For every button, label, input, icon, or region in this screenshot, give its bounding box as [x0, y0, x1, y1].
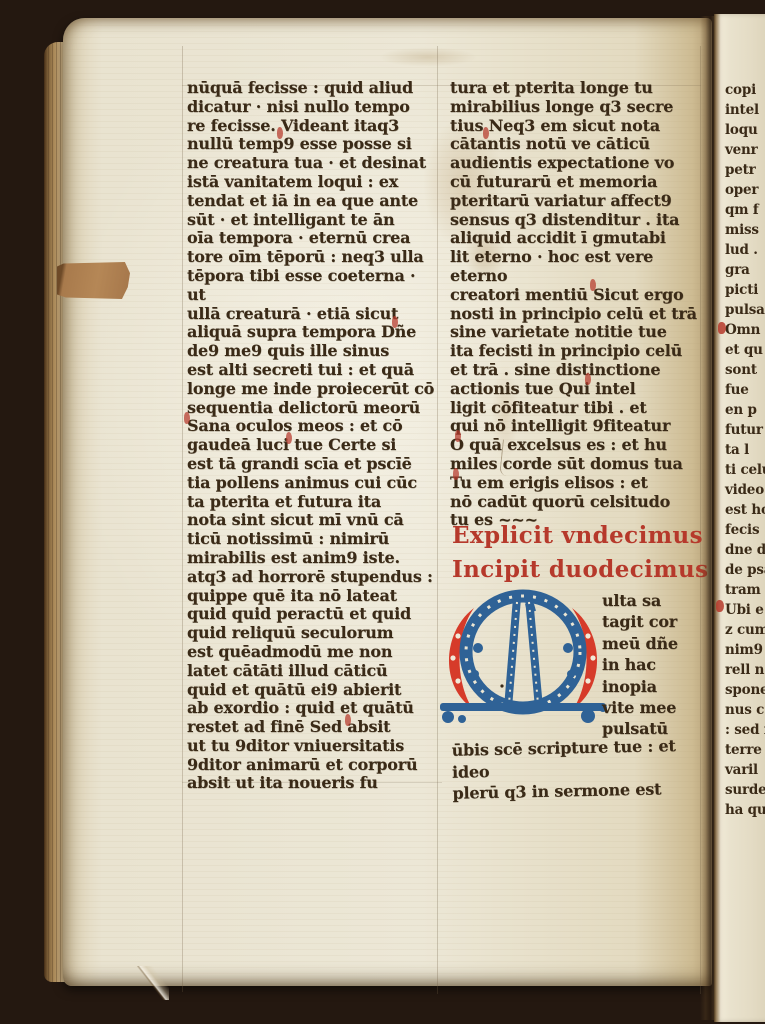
- parchment-stain: [363, 44, 493, 70]
- manuscript-photograph: nūquā fecisse : quid aliud dicatur · nis…: [0, 0, 765, 1024]
- chapter-opening-below-text: ūbis scē scripture tue : et ideo plerū q…: [451, 734, 718, 804]
- ruling-line-center: [437, 46, 438, 994]
- initial-M-artwork: [438, 586, 610, 742]
- illuminated-initial-M: M: [438, 586, 610, 742]
- rubricated-paraph-mark: [718, 322, 726, 334]
- leather-bookmark-tab: [57, 262, 130, 299]
- facing-page-edge: copi intel loqu venr petr oper qm f miss…: [714, 14, 765, 1022]
- left-text-column: nūquā fecisse : quid aliud dicatur · nis…: [187, 79, 437, 793]
- chapter-opening-side-text: ulta sa tagit cor meū dñe in hac inopia …: [602, 590, 712, 740]
- rubric-incipit: Incipit duodecimus: [452, 553, 708, 587]
- facing-page-text-fragments: copi intel loqu venr petr oper qm f miss…: [725, 80, 765, 820]
- ruling-line-left: [182, 46, 183, 992]
- rubric-block: Explicit vndecimus Incipit duodecimus: [452, 519, 708, 587]
- right-text-column: tura et pterita longe tu mirabilius long…: [450, 79, 708, 530]
- rubric-explicit: Explicit vndecimus: [452, 519, 708, 553]
- rubricated-paraph-mark: [716, 600, 724, 612]
- page-corner-fold: [137, 966, 169, 1000]
